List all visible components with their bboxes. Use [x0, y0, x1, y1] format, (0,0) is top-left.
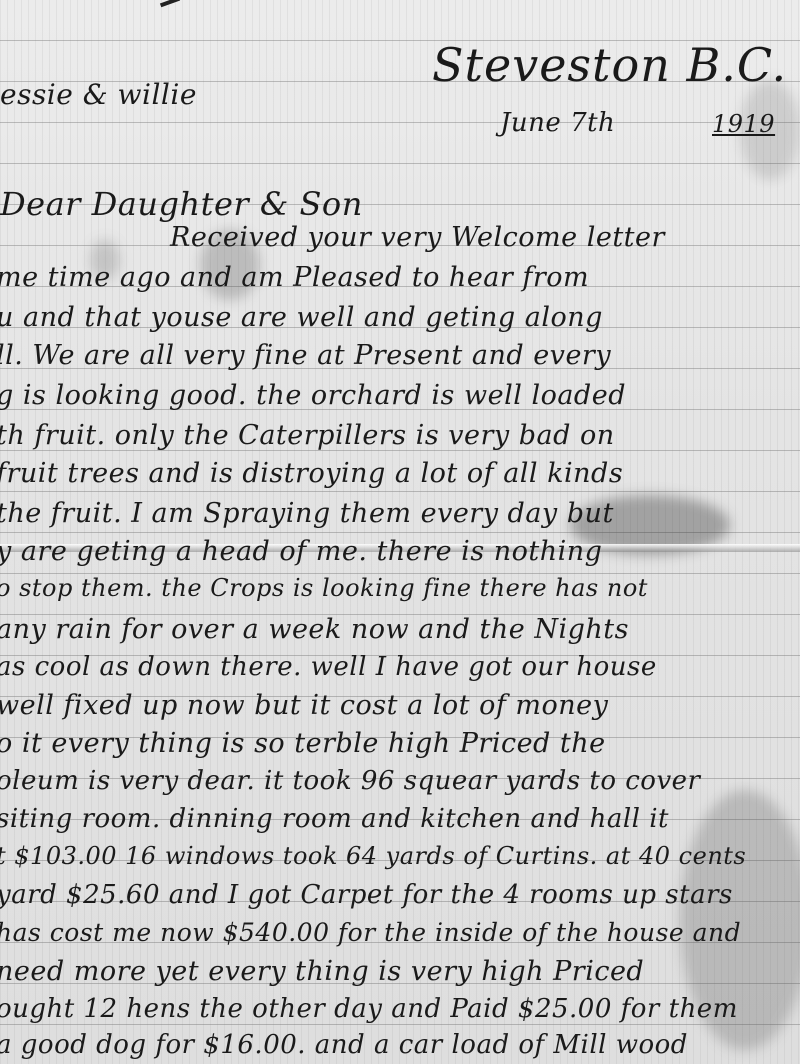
body-line: a good dog for $16.00. and a car load of… — [0, 1030, 688, 1060]
body-line: t $103.00 16 windows took 64 yards of Cu… — [0, 842, 746, 870]
body-line: o stop them. the Crops is looking fine t… — [0, 574, 648, 602]
addressee: essie & willie — [0, 78, 197, 111]
body-line: g is looking good. the orchard is well l… — [0, 380, 626, 411]
body-line: ought 12 hens the other day and Paid $25… — [0, 994, 738, 1024]
letter-date: June 7th — [500, 108, 615, 138]
body-line: need more yet every thing is very high P… — [0, 956, 644, 987]
body-line: any rain for over a week now and the Nig… — [0, 614, 629, 645]
body-line: fruit trees and is distroying a lot of a… — [0, 458, 623, 489]
body-line: me time ago and am Pleased to hear from — [0, 262, 589, 293]
pencil-mark — [160, 0, 180, 7]
letter-year: 1919 — [712, 110, 775, 138]
body-line: o it every thing is so terble high Price… — [0, 728, 606, 759]
place-heading: Steveston B.C. — [432, 38, 787, 92]
body-line: yard $25.60 and I got Carpet for the 4 r… — [0, 880, 733, 910]
letter-page: essie & willie Steveston B.C. June 7th 1… — [0, 0, 800, 1064]
body-line: as cool as down there. well I have got o… — [0, 652, 657, 682]
body-line: has cost me now $540.00 for the inside o… — [0, 918, 741, 947]
body-line: siting room. dinning room and kitchen an… — [0, 804, 669, 834]
body-line: oleum is very dear. it took 96 squear ya… — [0, 766, 700, 796]
body-line: th fruit. only the Caterpillers is very … — [0, 420, 615, 451]
body-line: ll. We are all very fine at Present and … — [0, 340, 611, 371]
body-line: u and that youse are well and geting alo… — [0, 302, 603, 333]
salutation: Dear Daughter & Son — [0, 185, 363, 223]
body-line: Received your very Welcome letter — [170, 222, 665, 253]
body-line: the fruit. I am Spraying them every day … — [0, 498, 614, 529]
body-line: well fixed up now but it cost a lot of m… — [0, 690, 608, 721]
body-line: y are geting a head of me. there is noth… — [0, 536, 602, 567]
